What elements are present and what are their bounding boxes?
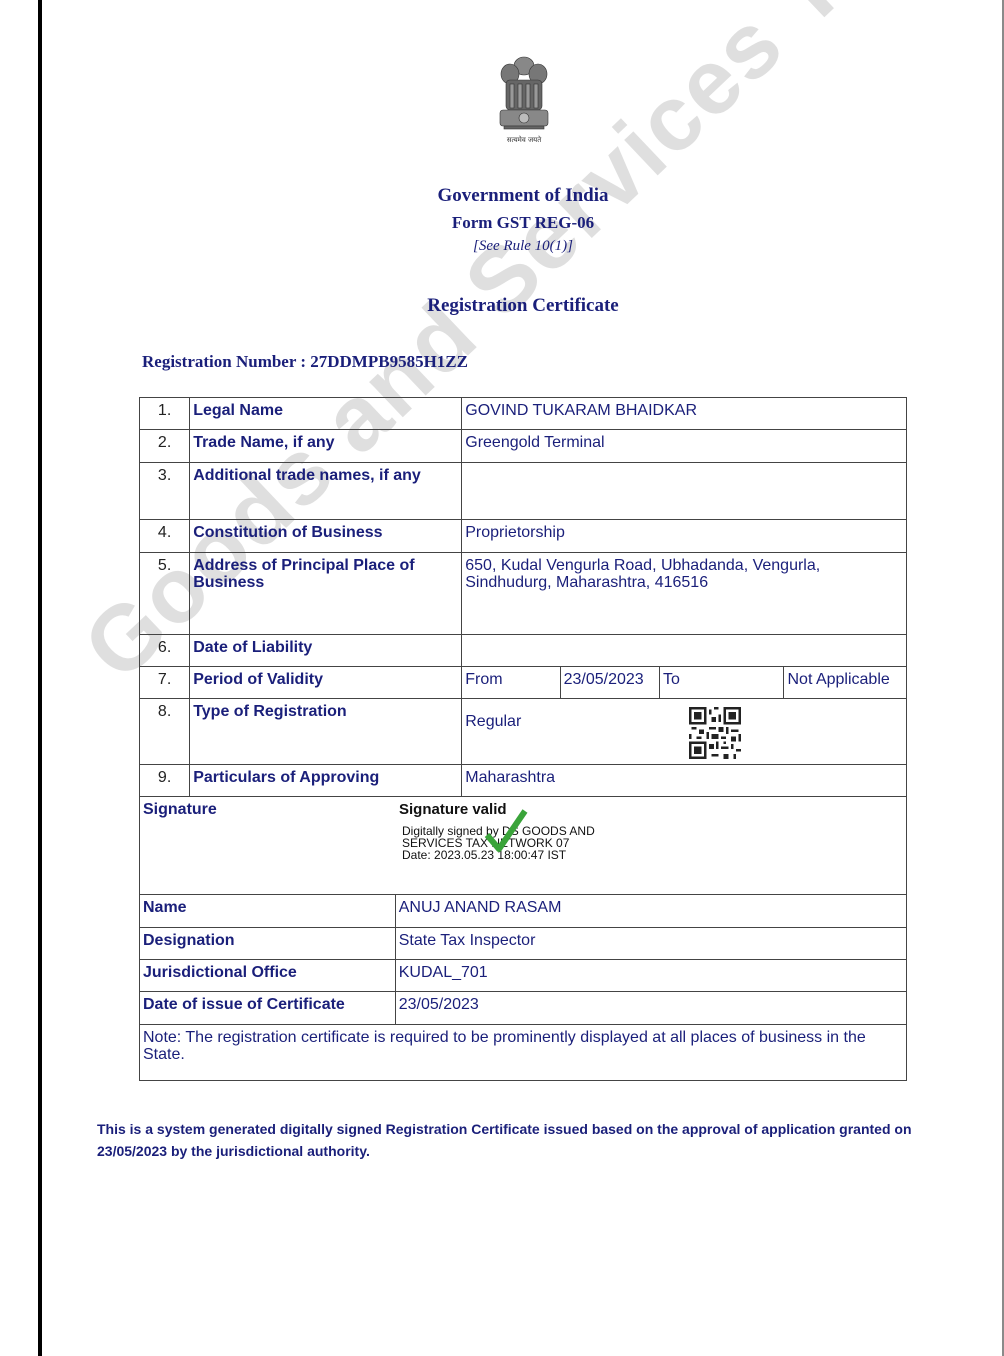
note-row: Note: The registration certificate is re…: [140, 1025, 907, 1081]
registration-number-label: Registration Number :: [142, 352, 306, 371]
table-row: 8. Type of Registration Regular: [140, 699, 907, 765]
legal-name-value: GOVIND TUKARAM BHAIDKAR: [462, 398, 907, 430]
table-row: 5. Address of Principal Place of Busines…: [140, 553, 907, 635]
validity-from-label: From: [462, 667, 560, 699]
trade-name-value: Greengold Terminal: [462, 430, 907, 463]
address-value: 650, Kudal Vengurla Road, Ubhadanda, Ven…: [462, 553, 907, 635]
row-number: 6.: [140, 635, 190, 667]
validity-from-value: 23/05/2023: [560, 667, 659, 699]
row-label: Date of Liability: [190, 635, 462, 667]
table-row: 1. Legal Name GOVIND TUKARAM BHAIDKAR: [140, 398, 907, 430]
row-number: 9.: [140, 765, 190, 797]
row-number: 1.: [140, 398, 190, 430]
row-number: 5.: [140, 553, 190, 635]
table-row: 6. Date of Liability: [140, 635, 907, 667]
row-number: 2.: [140, 430, 190, 463]
row-label: Constitution of Business: [190, 520, 462, 553]
officer-label: Date of issue of Certificate: [140, 992, 396, 1025]
registration-type-value: Regular: [462, 699, 907, 765]
issue-date-value: 23/05/2023: [395, 992, 906, 1025]
signature-row: Signature Signature valid Digitally sign…: [140, 797, 907, 895]
registration-number-value: 27DDMPB9585H1ZZ: [310, 352, 468, 371]
table-row: Jurisdictional Office KUDAL_701: [140, 960, 907, 992]
row-number: 3.: [140, 463, 190, 520]
system-generated-footer: This is a system generated digitally sig…: [97, 1118, 937, 1162]
display-note: Note: The registration certificate is re…: [140, 1025, 907, 1081]
additional-trade-names-value: [462, 463, 907, 520]
form-title: Form GST REG-06: [0, 213, 1004, 233]
registration-number: Registration Number : 27DDMPB9585H1ZZ: [142, 352, 468, 372]
row-label: Address of Principal Place of Business: [190, 553, 462, 635]
government-title: Government of India: [0, 185, 1004, 207]
table-row: Date of issue of Certificate 23/05/2023: [140, 992, 907, 1025]
row-label: Trade Name, if any: [190, 430, 462, 463]
table-row: Designation State Tax Inspector: [140, 928, 907, 960]
table-row: 2. Trade Name, if any Greengold Terminal: [140, 430, 907, 463]
row-label: Type of Registration: [190, 699, 462, 765]
row-label: Additional trade names, if any: [190, 463, 462, 520]
national-emblem-icon: सत्यमेव जयते: [492, 52, 556, 146]
designation-value: State Tax Inspector: [395, 928, 906, 960]
svg-text:सत्यमेव जयते: सत्यमेव जयते: [507, 135, 542, 144]
row-number: 8.: [140, 699, 190, 765]
table-row: 4. Constitution of Business Proprietorsh…: [140, 520, 907, 553]
jurisdictional-office-value: KUDAL_701: [395, 960, 906, 992]
signature-label: Signature: [143, 801, 217, 818]
registration-details-table: 1. Legal Name GOVIND TUKARAM BHAIDKAR 2.…: [139, 397, 907, 797]
row-number: 7.: [140, 667, 190, 699]
signature-cell: Signature Signature valid Digitally sign…: [140, 797, 907, 895]
officer-label: Name: [140, 895, 396, 928]
row-label: Legal Name: [190, 398, 462, 430]
officer-label: Designation: [140, 928, 396, 960]
qr-code-icon: [688, 707, 742, 759]
date-of-liability-value: [462, 635, 907, 667]
table-row: 9. Particulars of Approving Maharashtra: [140, 765, 907, 797]
table-row: 3. Additional trade names, if any: [140, 463, 907, 520]
table-row: 7. Period of Validity From 23/05/2023 To…: [140, 667, 907, 699]
constitution-value: Proprietorship: [462, 520, 907, 553]
checkmark-icon: [483, 805, 529, 855]
validity-to-value: Not Applicable: [784, 667, 907, 699]
row-label: Period of Validity: [190, 667, 462, 699]
officer-name-value: ANUJ ANAND RASAM: [395, 895, 906, 928]
rule-reference: [See Rule 10(1)]: [0, 238, 1004, 255]
row-label: Particulars of Approving: [190, 765, 462, 797]
validity-to-label: To: [660, 667, 784, 699]
officer-label: Jurisdictional Office: [140, 960, 396, 992]
row-number: 4.: [140, 520, 190, 553]
signature-table: Signature Signature valid Digitally sign…: [139, 796, 907, 1081]
approving-particulars-value: Maharashtra: [462, 765, 907, 797]
table-row: Name ANUJ ANAND RASAM: [140, 895, 907, 928]
certificate-title: Registration Certificate: [0, 295, 1004, 317]
